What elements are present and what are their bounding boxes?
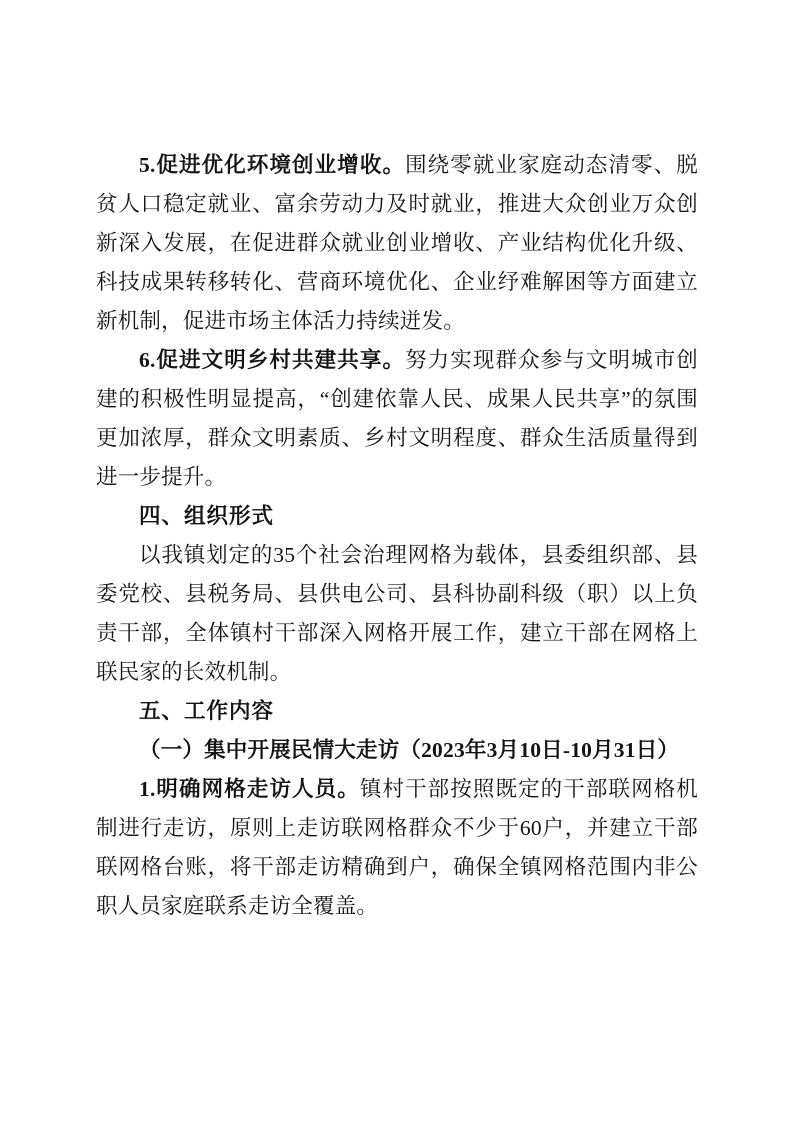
- paragraph-text: 五、工作内容: [139, 699, 274, 723]
- document-body: 5.促进优化环境创业增收。围绕零就业家庭动态清零、脱贫人口稳定就业、富余劳动力及…: [96, 146, 698, 926]
- paragraph-bold-lead: 6.促进文明乡村共建共享。: [139, 348, 405, 372]
- paragraph-text: 围绕零就业家庭动态清零、脱贫人口稳定就业、富余劳动力及时就业，推进大众创业万众创…: [96, 153, 698, 333]
- paragraph-text: 以我镇划定的35个社会治理网格为载体，县委组织部、县委党校、县税务局、县供电公司…: [96, 543, 698, 684]
- paragraph: 6.促进文明乡村共建共享。努力实现群众参与文明城市创建的积极性明显提高，“创建依…: [96, 341, 698, 497]
- paragraph-bold-lead: 5.促进优化环境创业增收。: [139, 153, 405, 177]
- paragraph: 1.明确网格走访人员。镇村干部按照既定的干部联网格机制进行走访，原则上走访联网格…: [96, 770, 698, 926]
- paragraph: 以我镇划定的35个社会治理网格为载体，县委组织部、县委党校、县税务局、县供电公司…: [96, 536, 698, 692]
- document-page: 5.促进优化环境创业增收。围绕零就业家庭动态清零、脱贫人口稳定就业、富余劳动力及…: [0, 0, 793, 1122]
- paragraph-text: 四、组织形式: [139, 504, 274, 528]
- section-heading: 五、工作内容: [96, 692, 698, 731]
- paragraph-text: （一）集中开展民情大走访（2023年3月10日-10月31日）: [139, 738, 679, 762]
- sub-heading: （一）集中开展民情大走访（2023年3月10日-10月31日）: [96, 731, 698, 770]
- section-heading: 四、组织形式: [96, 497, 698, 536]
- paragraph-bold-lead: 1.明确网格走访人员。: [139, 777, 360, 801]
- paragraph: 5.促进优化环境创业增收。围绕零就业家庭动态清零、脱贫人口稳定就业、富余劳动力及…: [96, 146, 698, 341]
